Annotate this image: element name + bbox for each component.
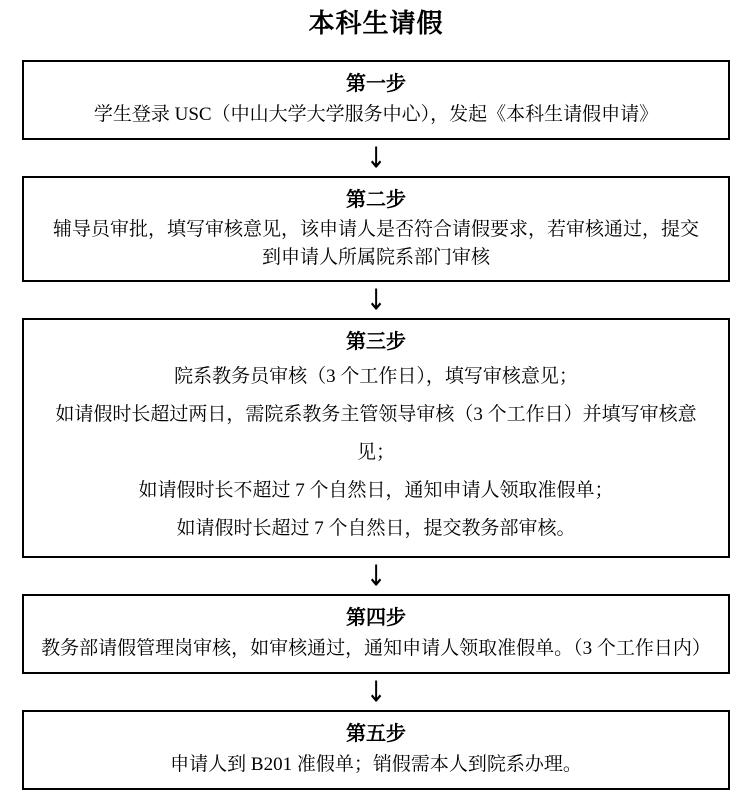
flow-arrow-1: ↓ <box>0 140 752 176</box>
step-5-box: 第五步 申请人到 B201 准假单；销假需本人到院系办理。 <box>22 710 730 790</box>
step-2-line-2: 到申请人所属院系部门审核 <box>26 244 726 272</box>
down-arrow-icon: ↓ <box>366 562 386 591</box>
page-title: 本科生请假 <box>0 8 752 40</box>
step-3-line-4: 如请假时长不超过 7 个自然日，通知申请人领取准假单； <box>26 472 726 510</box>
step-3-line-2: 如请假时长超过两日，需院系教务主管领导审核（3 个工作日）并填写审核意 <box>26 396 726 434</box>
step-1-box: 第一步 学生登录 USC（中山大学大学服务中心），发起《本科生请假申请》 <box>22 60 730 140</box>
step-2-box: 第二步 辅导员审批，填写审核意见，该申请人是否符合请假要求，若审核通过，提交 到… <box>22 176 730 282</box>
step-2-heading: 第二步 <box>26 184 726 216</box>
step-1-heading: 第一步 <box>26 68 726 100</box>
step-4-heading: 第四步 <box>26 602 726 634</box>
flow-arrow-2: ↓ <box>0 282 752 318</box>
step-3-line-5: 如请假时长超过 7 个自然日，提交教务部审核。 <box>26 510 726 548</box>
step-3-box: 第三步 院系教务员审核（3 个工作日），填写审核意见； 如请假时长超过两日，需院… <box>22 318 730 558</box>
leave-flowchart-page: 本科生请假 第一步 学生登录 USC（中山大学大学服务中心），发起《本科生请假申… <box>0 0 752 809</box>
step-4-line-1: 教务部请假管理岗审核，如审核通过，通知申请人领取准假单。（3 个工作日内） <box>26 634 726 664</box>
flow-arrow-4: ↓ <box>0 674 752 710</box>
step-2-line-1: 辅导员审批，填写审核意见，该申请人是否符合请假要求，若审核通过，提交 <box>26 216 726 244</box>
step-4-box: 第四步 教务部请假管理岗审核，如审核通过，通知申请人领取准假单。（3 个工作日内… <box>22 594 730 674</box>
down-arrow-icon: ↓ <box>366 144 386 173</box>
step-3-line-3: 见； <box>26 434 726 472</box>
down-arrow-icon: ↓ <box>366 286 386 315</box>
step-5-line-1: 申请人到 B201 准假单；销假需本人到院系办理。 <box>26 750 726 780</box>
step-5-heading: 第五步 <box>26 718 726 750</box>
step-3-line-1: 院系教务员审核（3 个工作日），填写审核意见； <box>26 358 726 396</box>
step-3-heading: 第三步 <box>26 326 726 358</box>
step-1-line-1: 学生登录 USC（中山大学大学服务中心），发起《本科生请假申请》 <box>26 100 726 130</box>
flow-arrow-3: ↓ <box>0 558 752 594</box>
down-arrow-icon: ↓ <box>366 678 386 707</box>
